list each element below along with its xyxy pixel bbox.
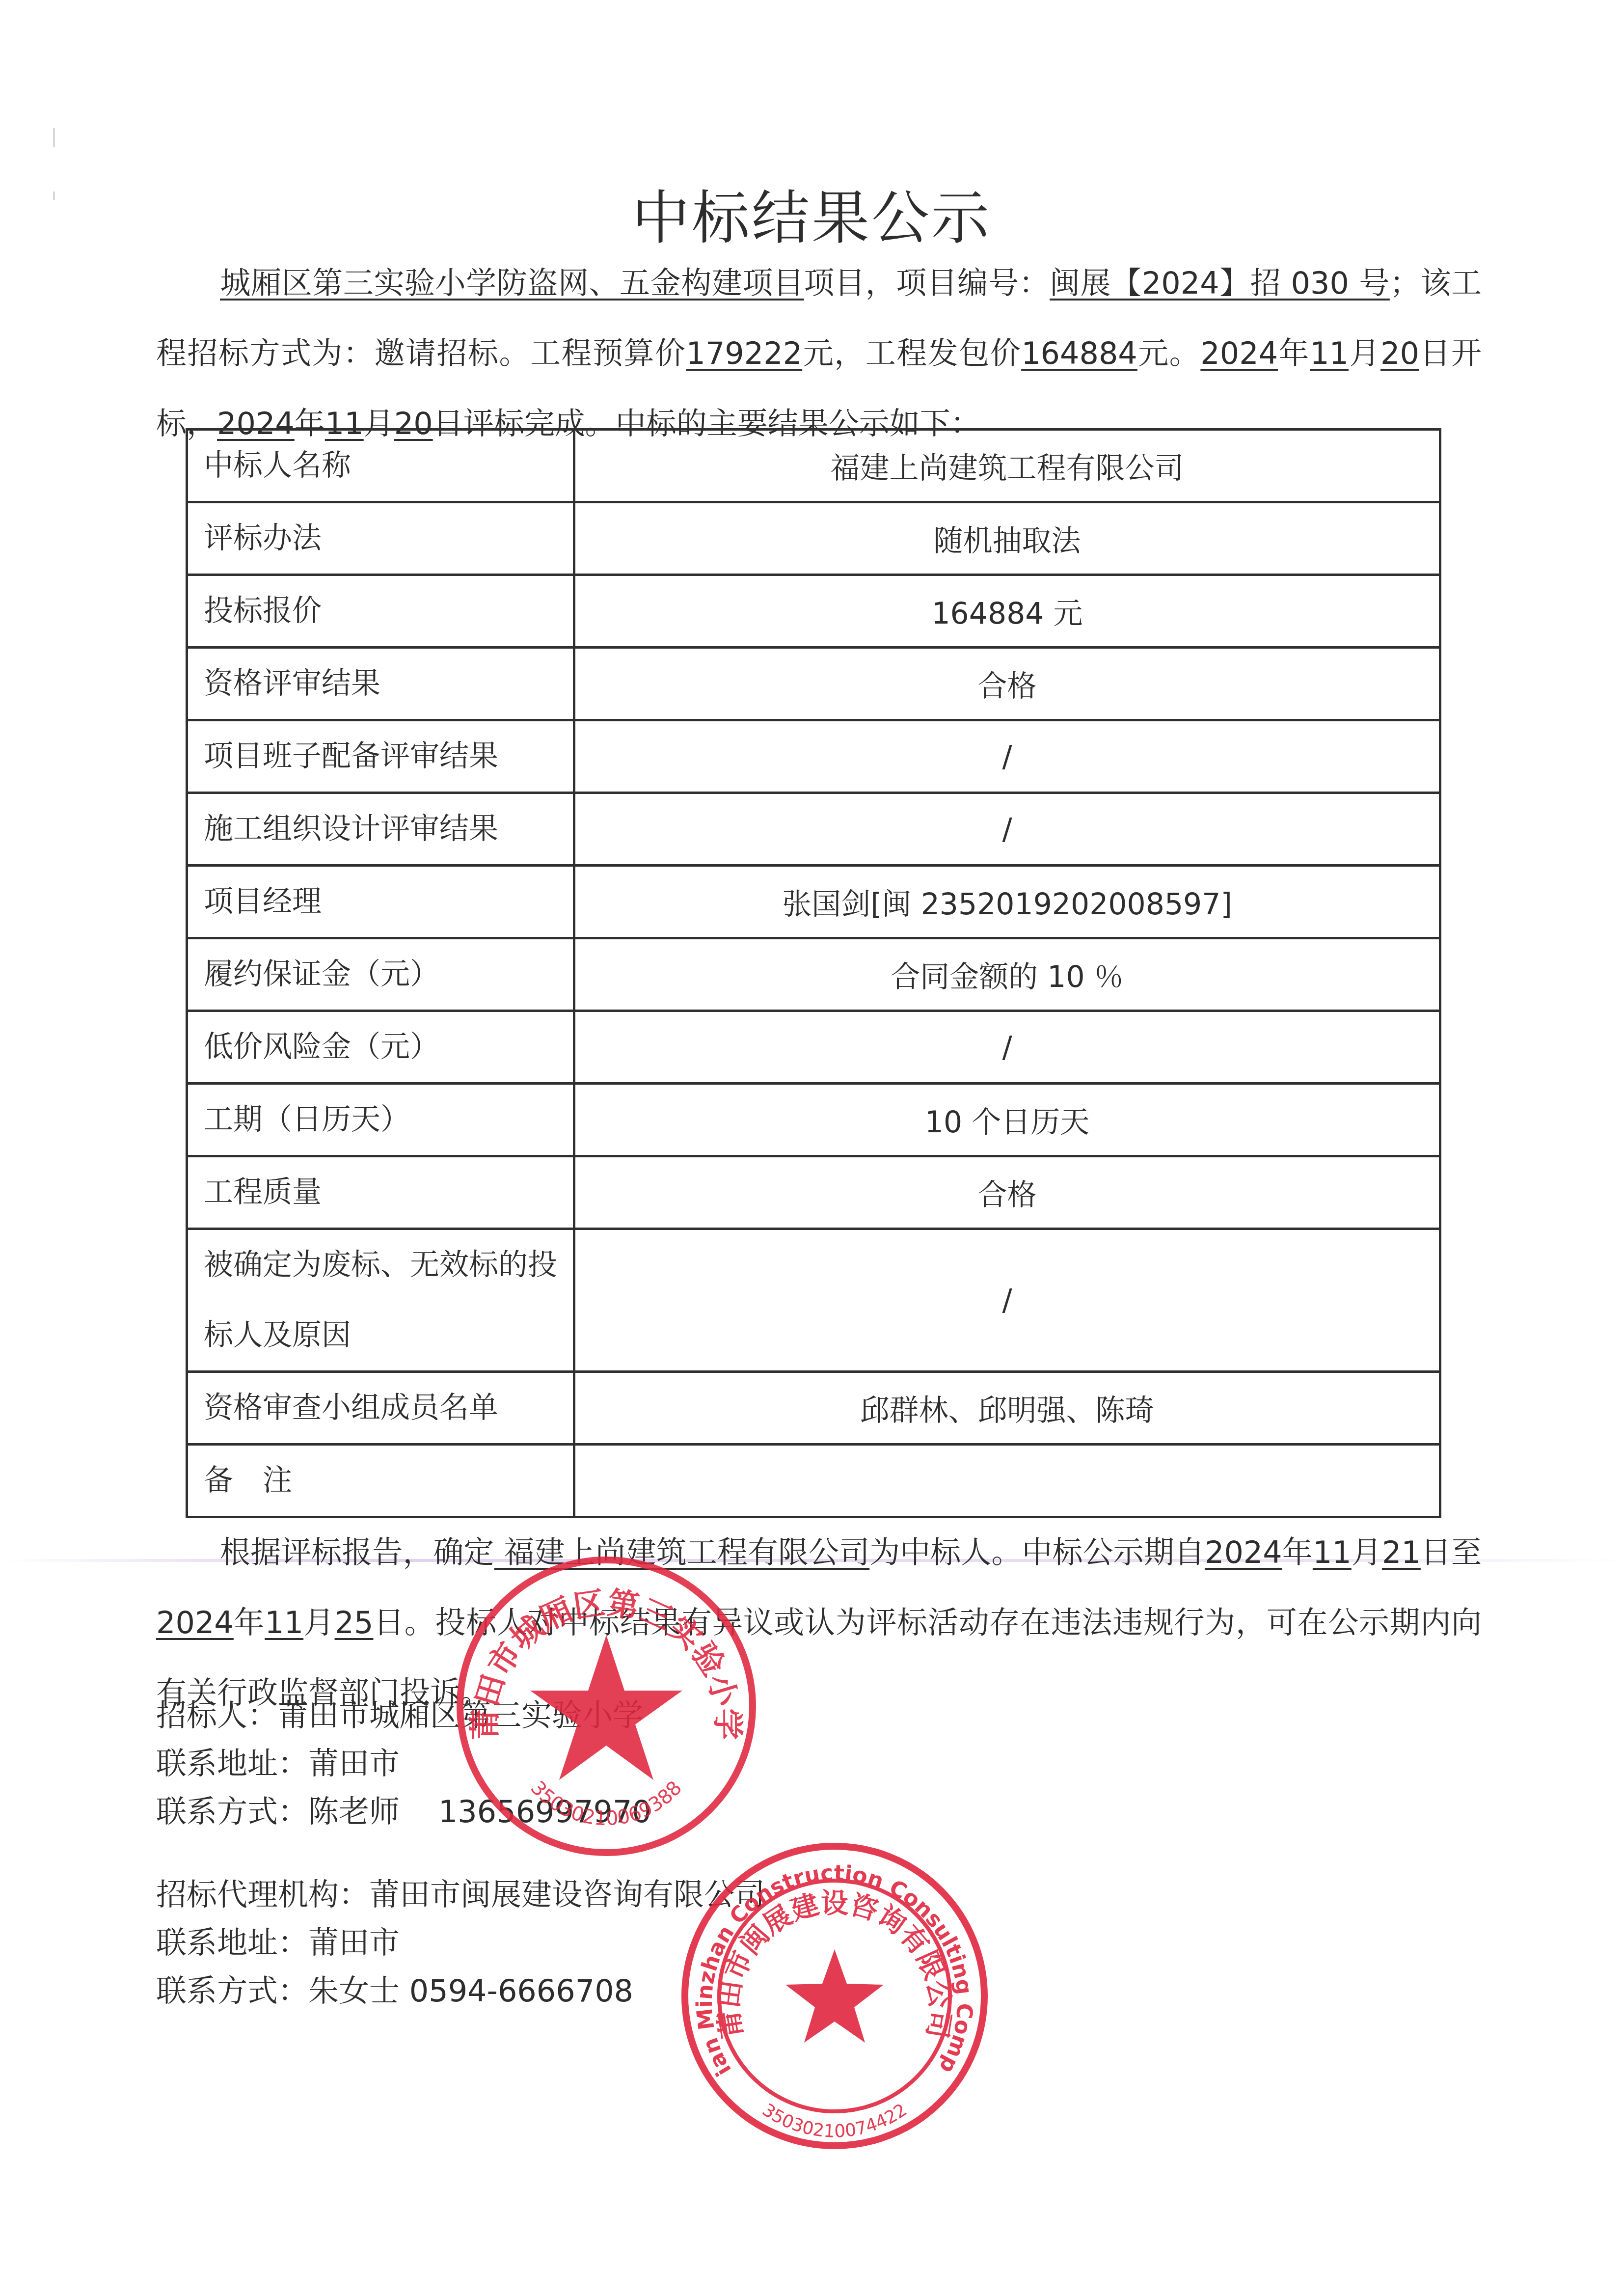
publicity-end-year: 2024: [156, 1605, 234, 1640]
row-value: /: [574, 720, 1440, 793]
table-row: 投标报价164884 元: [187, 575, 1440, 648]
row-value: [574, 1445, 1440, 1517]
table-row: 资格审查小组成员名单邱群林、邱明强、陈琦: [187, 1372, 1440, 1445]
row-value: /: [574, 1229, 1440, 1372]
table-row: 工程质量合格: [187, 1156, 1440, 1229]
row-value: 合格: [574, 1156, 1440, 1229]
open-year: 2024: [1200, 335, 1278, 371]
row-label: 被确定为废标、无效标的投标人及原因: [187, 1229, 574, 1372]
document-title: 中标结果公示: [0, 171, 1623, 255]
row-value: /: [574, 793, 1440, 866]
publicity-end-month: 11: [265, 1605, 303, 1640]
row-value: 合同金额的 10 ％: [574, 938, 1440, 1011]
open-month: 11: [1310, 335, 1349, 371]
table-row: 资格评审结果合格: [187, 648, 1440, 720]
publicity-end-day: 25: [335, 1605, 374, 1640]
row-label: 中标人名称: [187, 430, 574, 502]
row-label: 工期（日历天）: [187, 1084, 574, 1156]
intro-paragraph: 城厢区第三实验小学防盗网、五金构建项目项目，项目编号：闽展【2024】招 030…: [156, 248, 1482, 459]
row-label: 投标报价: [187, 575, 574, 648]
tenderer-contact-person: 陈老师: [308, 1794, 400, 1830]
row-label: 履约保证金（元）: [187, 938, 574, 1011]
table-row: 评标办法随机抽取法: [187, 502, 1440, 575]
row-value: 福建上尚建筑工程有限公司: [574, 430, 1440, 502]
publicity-start-year: 2024: [1205, 1534, 1282, 1570]
row-label: 评标办法: [187, 502, 574, 575]
row-label: 工程质量: [187, 1156, 574, 1229]
table-row: 项目经理张国剑[闽 2352019202008597]: [187, 866, 1440, 938]
tenderer-phone: 13656997970: [438, 1794, 651, 1830]
row-value: 合格: [574, 648, 1440, 720]
agency-name-row: 招标代理机构：莆田市闽展建设咨询有限公司: [156, 1871, 765, 1919]
agency-contact-row: 联系方式：朱女士 0594-6666708: [156, 1967, 765, 2015]
row-label: 低价风险金（元）: [187, 1011, 574, 1084]
agency-address-row: 联系地址：莆田市: [156, 1919, 765, 1967]
tenderer-address-row: 联系地址：莆田市: [156, 1740, 651, 1788]
row-value: 10 个日历天: [574, 1084, 1440, 1156]
agency-contact-person: 朱女士: [308, 1973, 400, 2009]
star-icon: [785, 1949, 884, 2043]
publicity-start-day: 21: [1382, 1534, 1421, 1570]
table-row: 被确定为废标、无效标的投标人及原因/: [187, 1229, 1440, 1372]
agency-name: 莆田市闽展建设咨询有限公司: [369, 1877, 765, 1913]
tenderer-info: 招标人：莆田市城厢区第三实验小学 联系地址：莆田市 联系方式：陈老师 13656…: [156, 1692, 651, 1836]
svg-text:3503021007442​2: 3503021007442​2: [758, 2100, 911, 2141]
document-page: 中标结果公示 城厢区第三实验小学防盗网、五金构建项目项目，项目编号：闽展【202…: [0, 0, 1623, 2296]
open-day: 20: [1380, 335, 1419, 371]
table-row: 低价风险金（元）/: [187, 1011, 1440, 1084]
row-value: 张国剑[闽 2352019202008597]: [574, 866, 1440, 938]
tenderer-name: 莆田市城厢区第三实验小学: [278, 1697, 643, 1733]
tenderer-contact-row: 联系方式：陈老师 13656997970: [156, 1788, 651, 1836]
row-value: 随机抽取法: [574, 502, 1440, 575]
agency-info: 招标代理机构：莆田市闽展建设咨询有限公司 联系地址：莆田市 联系方式：朱女士 0…: [156, 1871, 765, 2015]
winner-name: 福建上尚建筑工程有限公司: [494, 1534, 870, 1570]
table-row: 工期（日历天）10 个日历天: [187, 1084, 1440, 1156]
tenderer-address: 莆田市: [308, 1746, 400, 1781]
scan-margin-mark: [53, 128, 55, 147]
table-row: 施工组织设计评审结果/: [187, 793, 1440, 866]
row-label: 施工组织设计评审结果: [187, 793, 574, 866]
table-row: 中标人名称福建上尚建筑工程有限公司: [187, 430, 1440, 502]
contract-price: 164884: [1021, 335, 1137, 371]
row-value: 邱群林、邱明强、陈琦: [574, 1372, 1440, 1445]
agency-phone: 0594-6666708: [409, 1973, 633, 2009]
publicity-start-month: 11: [1313, 1534, 1352, 1570]
row-label: 资格审查小组成员名单: [187, 1372, 574, 1445]
row-label: 项目班子配备评审结果: [187, 720, 574, 793]
table-row: 项目班子配备评审结果/: [187, 720, 1440, 793]
row-value: /: [574, 1011, 1440, 1084]
project-code: 闽展【2024】招 030 号: [1050, 265, 1390, 301]
table-row: 履约保证金（元）合同金额的 10 ％: [187, 938, 1440, 1011]
tenderer-name-row: 招标人：莆田市城厢区第三实验小学: [156, 1692, 651, 1740]
table-row: 备 注: [187, 1445, 1440, 1517]
row-label: 资格评审结果: [187, 648, 574, 720]
results-table: 中标人名称福建上尚建筑工程有限公司 评标办法随机抽取法 投标报价164884 元…: [186, 428, 1441, 1518]
budget-price: 179222: [686, 335, 802, 371]
agency-address: 莆田市: [308, 1925, 400, 1961]
row-label: 备 注: [187, 1445, 574, 1517]
project-name: 城厢区第三实验小学防盗网、五金构建项目: [220, 265, 804, 301]
row-value: 164884 元: [574, 575, 1440, 648]
row-label: 项目经理: [187, 866, 574, 938]
